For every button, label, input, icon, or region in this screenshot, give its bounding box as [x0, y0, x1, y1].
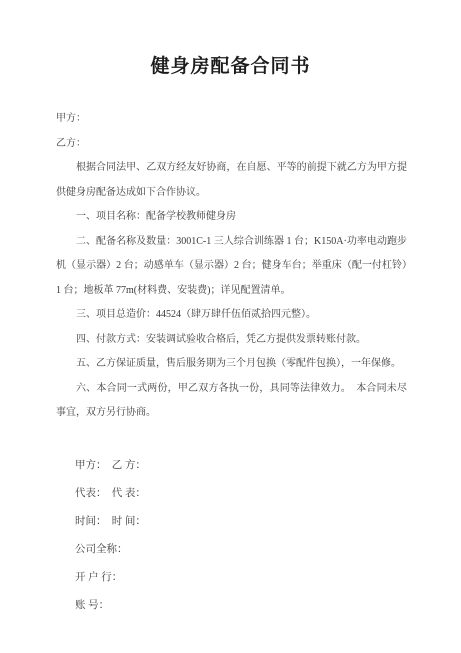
- signature-line-bank: 开 户 行：: [75, 564, 146, 592]
- contract-body: 甲方： 乙方： 根据合同法甲、乙双方经友好协商，在自愿、平等的前提下就乙方为甲方…: [56, 107, 407, 426]
- contract-page: 健身房配备合同书 甲方： 乙方： 根据合同法甲、乙双方经友好协商，在自愿、平等的…: [0, 0, 461, 653]
- clause-warranty: 五、乙方保证质量，售后服务期为三个月包换（零配件包换），一年保修。: [56, 352, 407, 377]
- page-title: 健身房配备合同书: [0, 51, 461, 78]
- party-a-label: 甲方：: [56, 107, 407, 132]
- clause-equipment-list: 二、配备名称及数量：3001C-1 三人综合训练器 1 台；K150A·功率电动…: [56, 230, 407, 304]
- signature-line-company-name: 公司全称：: [75, 536, 146, 564]
- signature-line-parties: 甲方： 乙 方：: [75, 452, 146, 480]
- clause-total-price: 三、项目总造价：44524（肆万肆仟伍佰贰拾四元整）。: [56, 303, 407, 328]
- clause-payment-terms: 四、付款方式：安装调试验收合格后，凭乙方提供发票转账付款。: [56, 328, 407, 353]
- preamble-paragraph: 根据合同法甲、乙双方经友好协商，在自愿、平等的前提下就乙方为甲方提供健身房配备达…: [56, 156, 407, 205]
- party-b-label: 乙方：: [56, 132, 407, 157]
- signature-line-account-number: 账 号：: [75, 592, 146, 620]
- signature-line-representatives: 代表： 代 表：: [75, 480, 146, 508]
- clause-copies-legal-effect: 六、本合同一式两份，甲乙双方各执一份，具同等法律效力。 本合同未尽事宜，双方另行…: [56, 377, 407, 426]
- signature-block: 甲方： 乙 方： 代表： 代 表： 时间： 时 间： 公司全称： 开 户 行： …: [75, 452, 146, 620]
- clause-project-name: 一、项目名称：配备学校教师健身房: [56, 205, 407, 230]
- signature-line-dates: 时间： 时 间：: [75, 508, 146, 536]
